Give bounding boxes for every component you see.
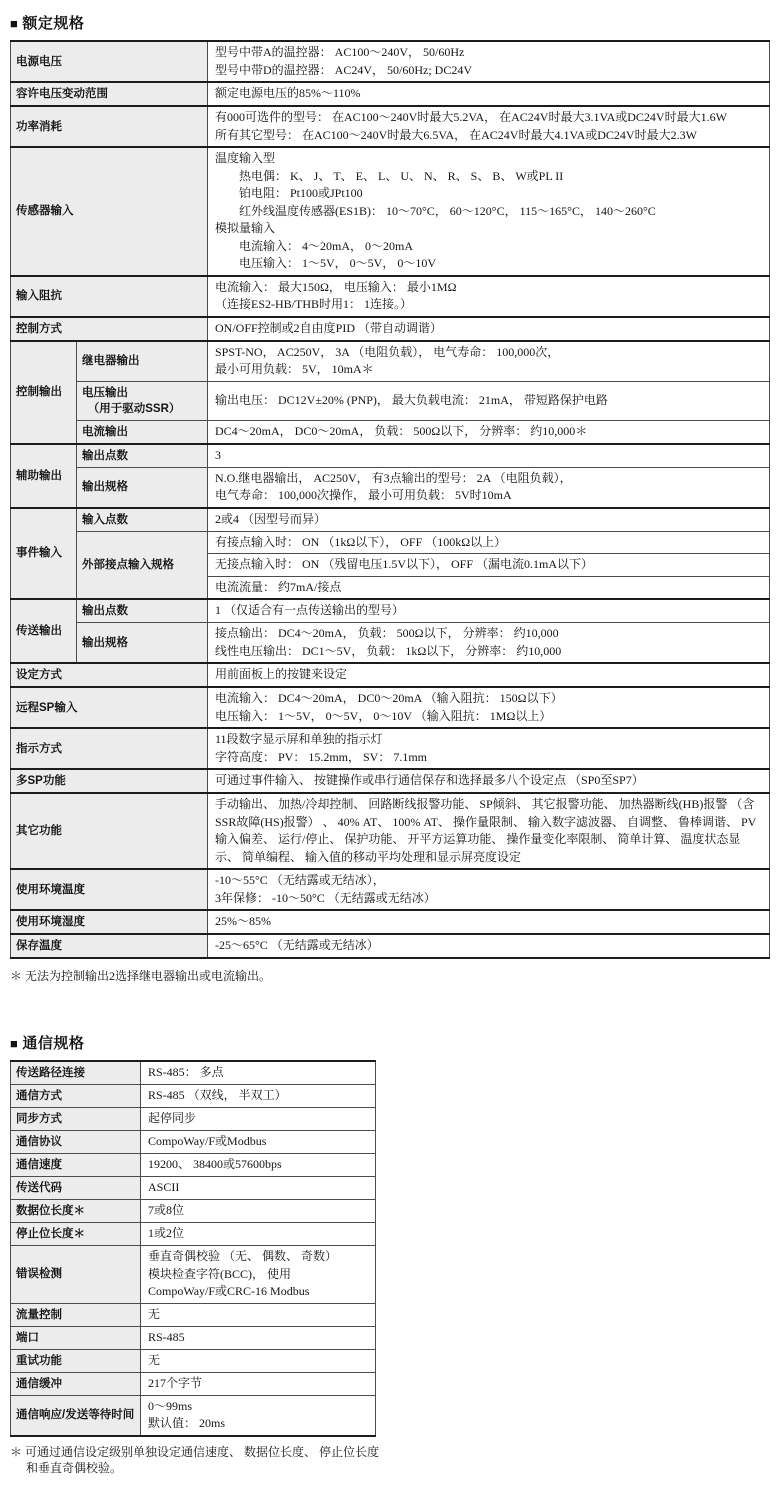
row-value: 电流输入： 最大150Ω， 电压输入： 最小1MΩ （连接ES2-HB/THB时… — [208, 276, 770, 317]
row-value: 用前面板上的按键来设定 — [208, 663, 770, 687]
row-label: 功率消耗 — [11, 106, 208, 147]
row-value: 无接点输入时： ON （残留电压1.5V以下）， OFF （漏电流0.1mA以下… — [208, 554, 770, 577]
row-value: CompoWay/F或Modbus — [141, 1131, 376, 1154]
row-value: 垂直奇偶校验 （无、 偶数、 奇数） 模块检查字符(BCC)， 使用 Compo… — [141, 1246, 376, 1304]
sub-label: 电压输出 （用于驱动SSR） — [77, 381, 208, 420]
row-value: 起停同步 — [141, 1108, 376, 1131]
rated-section-title: ■额定规格 — [10, 12, 770, 33]
row-label: 停止位长度＊ — [11, 1223, 141, 1246]
row-value: 电流流量： 约7mA/接点 — [208, 576, 770, 599]
row-control-method: 控制方式 ON/OFF控制或2自由度PID （带自动调谐） — [11, 317, 770, 341]
row-value: 电流输入： DC4～20mA， DC0～20mA （输入阻抗： 150Ω以下） … — [208, 687, 770, 728]
sub-label: 输出点数 — [77, 444, 208, 468]
comm-row: 停止位长度＊ 1或2位 — [11, 1223, 376, 1246]
row-label: 远程SP输入 — [11, 687, 208, 728]
sub-label: 输出规格 — [77, 467, 208, 508]
sub-label: 输入点数 — [77, 508, 208, 532]
row-value: 11段数字显示屏和单独的指示灯 字符高度： PV： 15.2mm， SV： 7.… — [208, 728, 770, 769]
row-value: 1 （仅适合有一点传送输出的型号） — [208, 599, 770, 623]
comm-spec-section: ■通信规格 传送路径连接 RS-485： 多点 通信方式 RS-485 （双线，… — [10, 1032, 770, 1476]
comm-row: 数据位长度＊ 7或8位 — [11, 1200, 376, 1223]
group-label-control-output: 控制输出 — [11, 341, 77, 444]
row-label: 多SP功能 — [11, 769, 208, 793]
row-power-consumption: 功率消耗 有000可选件的型号： 在AC100～240V时最大5.2VA， 在A… — [11, 106, 770, 147]
row-value: -25～65°C （无结露或无结冰） — [208, 934, 770, 958]
group-label-event-input: 事件输入 — [11, 508, 77, 600]
row-ambient-temp: 使用环境温度 -10～55°C （无结露或无结冰）， 3年保修： -10～50°… — [11, 869, 770, 910]
comm-row: 重试功能 无 — [11, 1349, 376, 1372]
row-label: 同步方式 — [11, 1108, 141, 1131]
row-value: SPST-NO， AC250V， 3A （电阻负载）， 电气寿命： 100,00… — [208, 341, 770, 382]
row-value: 7或8位 — [141, 1200, 376, 1223]
row-control-output-current: 电流输出 DC4～20mA， DC0～20mA， 负载： 500Ω以下， 分辨率… — [11, 420, 770, 444]
row-label: 使用环境湿度 — [11, 910, 208, 934]
comm-section-title: ■通信规格 — [10, 1032, 770, 1053]
row-label: 数据位长度＊ — [11, 1200, 141, 1223]
comm-row: 通信方式 RS-485 （双线， 半双工） — [11, 1085, 376, 1108]
comm-row: 错误检测 垂直奇偶校验 （无、 偶数、 奇数） 模块检查字符(BCC)， 使用 … — [11, 1246, 376, 1304]
row-label: 通信协议 — [11, 1131, 141, 1154]
row-value: ON/OFF控制或2自由度PID （带自动调谐） — [208, 317, 770, 341]
row-label: 通信速度 — [11, 1154, 141, 1177]
row-value: 1或2位 — [141, 1223, 376, 1246]
row-value: RS-485 （双线， 半双工） — [141, 1085, 376, 1108]
rated-footnote: ＊ 无法为控制输出2选择继电器输出或电流输出。 — [10, 968, 770, 984]
row-remote-sp-input: 远程SP输入 电流输入： DC4～20mA， DC0～20mA （输入阻抗： 1… — [11, 687, 770, 728]
row-value: 无 — [141, 1349, 376, 1372]
row-label: 其它功能 — [11, 793, 208, 869]
row-label: 控制方式 — [11, 317, 208, 341]
row-value: 手动输出、 加热/冷却控制、 回路断线报警功能、 SP倾斜、 其它报警功能、 加… — [208, 793, 770, 869]
section-bullet-icon: ■ — [10, 1036, 18, 1051]
sub-label: 输出规格 — [77, 623, 208, 664]
row-value: 217个字节 — [141, 1372, 376, 1395]
row-label: 通信方式 — [11, 1085, 141, 1108]
comm-section-title-text: 通信规格 — [22, 1035, 84, 1052]
row-label: 重试功能 — [11, 1349, 141, 1372]
row-value: 有接点输入时： ON （1kΩ以下）， OFF （100kΩ以上） — [208, 531, 770, 554]
row-label: 保存温度 — [11, 934, 208, 958]
comm-row: 通信缓冲 217个字节 — [11, 1372, 376, 1395]
row-value: 有000可选件的型号： 在AC100～240V时最大5.2VA， 在AC24V时… — [208, 106, 770, 147]
section-bullet-icon: ■ — [10, 16, 18, 31]
row-value: 无 — [141, 1303, 376, 1326]
sub-label: 电流输出 — [77, 420, 208, 444]
row-label: 电源电压 — [11, 41, 208, 82]
row-value: 25%～85% — [208, 910, 770, 934]
row-value: N.O.继电器输出， AC250V， 有3点输出的型号： 2A （电阻负载）， … — [208, 467, 770, 508]
sub-label: 输出点数 — [77, 599, 208, 623]
row-value: 0～99ms 默认值： 20ms — [141, 1395, 376, 1436]
row-multi-sp: 多SP功能 可通过事件输入、 按键操作或串行通信保存和选择最多八个设定点 （SP… — [11, 769, 770, 793]
row-label: 设定方式 — [11, 663, 208, 687]
comm-spec-table: 传送路径连接 RS-485： 多点 通信方式 RS-485 （双线， 半双工） … — [10, 1060, 376, 1437]
row-label: 错误检测 — [11, 1246, 141, 1304]
row-sensor-input: 传感器输入 温度输入型 热电偶： K、 J、 T、 E、 L、 U、 N、 R、… — [11, 147, 770, 276]
row-value: 19200、 38400或57600bps — [141, 1154, 376, 1177]
row-other-functions: 其它功能 手动输出、 加热/冷却控制、 回路断线报警功能、 SP倾斜、 其它报警… — [11, 793, 770, 869]
row-value: 可通过事件输入、 按键操作或串行通信保存和选择最多八个设定点 （SP0至SP7） — [208, 769, 770, 793]
row-label: 通信响应/发送等待时间 — [11, 1395, 141, 1436]
comm-row: 通信协议 CompoWay/F或Modbus — [11, 1131, 376, 1154]
row-value: -10～55°C （无结露或无结冰）， 3年保修： -10～50°C （无结露或… — [208, 869, 770, 910]
row-event-input-contact-on: 外部接点输入规格 有接点输入时： ON （1kΩ以下）， OFF （100kΩ以… — [11, 531, 770, 554]
row-label: 容许电压变动范围 — [11, 82, 208, 106]
row-label: 传送代码 — [11, 1177, 141, 1200]
group-label-transfer-output: 传送输出 — [11, 599, 77, 663]
row-aux-output-spec: 输出规格 N.O.继电器输出， AC250V， 有3点输出的型号： 2A （电阻… — [11, 467, 770, 508]
rated-spec-section: ■额定规格 电源电压 型号中带A的温控器： AC100～240V， 50/60H… — [10, 12, 770, 984]
row-value: 温度输入型 热电偶： K、 J、 T、 E、 L、 U、 N、 R、 S、 B、… — [208, 147, 770, 276]
rated-section-title-text: 额定规格 — [22, 15, 84, 32]
row-label: 流量控制 — [11, 1303, 141, 1326]
row-aux-output-points: 辅助输出 输出点数 3 — [11, 444, 770, 468]
row-ambient-humidity: 使用环境湿度 25%～85% — [11, 910, 770, 934]
row-value: 额定电源电压的85%～110% — [208, 82, 770, 106]
row-storage-temp: 保存温度 -25～65°C （无结露或无结冰） — [11, 934, 770, 958]
comm-row: 传送代码 ASCII — [11, 1177, 376, 1200]
row-value: ASCII — [141, 1177, 376, 1200]
comm-row: 端口 RS-485 — [11, 1326, 376, 1349]
row-control-output-voltage: 电压输出 （用于驱动SSR） 输出电压： DC12V±20% (PNP)， 最大… — [11, 381, 770, 420]
comm-footnote: ＊ 可通过通信设定级别单独设定通信速度、 数据位长度、 停止位长度和垂直奇偶校验… — [10, 1444, 382, 1476]
row-value: 输出电压： DC12V±20% (PNP)， 最大负载电流： 21mA， 带短路… — [208, 381, 770, 420]
row-control-output-relay: 控制输出 继电器输出 SPST-NO， AC250V， 3A （电阻负载）， 电… — [11, 341, 770, 382]
sub-label-ext-contact: 外部接点输入规格 — [77, 531, 208, 599]
row-value: 3 — [208, 444, 770, 468]
row-event-input-points: 事件输入 输入点数 2或4 （因型号而异） — [11, 508, 770, 532]
row-label: 传感器输入 — [11, 147, 208, 276]
comm-row: 流量控制 无 — [11, 1303, 376, 1326]
row-label: 指示方式 — [11, 728, 208, 769]
row-value: RS-485： 多点 — [141, 1061, 376, 1085]
row-transfer-output-spec: 输出规格 接点输出： DC4～20mA， 负载： 500Ω以下， 分辨率： 约1… — [11, 623, 770, 664]
row-label: 输入阻抗 — [11, 276, 208, 317]
row-value: DC4～20mA， DC0～20mA， 负载： 500Ω以下， 分辨率： 约10… — [208, 420, 770, 444]
sub-label: 继电器输出 — [77, 341, 208, 382]
comm-row: 同步方式 起停同步 — [11, 1108, 376, 1131]
row-value: RS-485 — [141, 1326, 376, 1349]
row-value: 接点输出： DC4～20mA， 负载： 500Ω以下， 分辨率： 约10,000… — [208, 623, 770, 664]
row-voltage-range: 容许电压变动范围 额定电源电压的85%～110% — [11, 82, 770, 106]
rated-spec-table: 电源电压 型号中带A的温控器： AC100～240V， 50/60Hz 型号中带… — [10, 40, 770, 959]
row-power-voltage: 电源电压 型号中带A的温控器： AC100～240V， 50/60Hz 型号中带… — [11, 41, 770, 82]
row-setting-method: 设定方式 用前面板上的按键来设定 — [11, 663, 770, 687]
comm-row: 通信响应/发送等待时间 0～99ms 默认值： 20ms — [11, 1395, 376, 1436]
row-input-impedance: 输入阻抗 电流输入： 最大150Ω， 电压输入： 最小1MΩ （连接ES2-HB… — [11, 276, 770, 317]
row-label: 传送路径连接 — [11, 1061, 141, 1085]
row-value: 2或4 （因型号而异） — [208, 508, 770, 532]
row-label: 端口 — [11, 1326, 141, 1349]
row-transfer-output-points: 传送输出 输出点数 1 （仅适合有一点传送输出的型号） — [11, 599, 770, 623]
comm-row: 传送路径连接 RS-485： 多点 — [11, 1061, 376, 1085]
row-indication-method: 指示方式 11段数字显示屏和单独的指示灯 字符高度： PV： 15.2mm， S… — [11, 728, 770, 769]
comm-row: 通信速度 19200、 38400或57600bps — [11, 1154, 376, 1177]
row-value: 型号中带A的温控器： AC100～240V， 50/60Hz 型号中带D的温控器… — [208, 41, 770, 82]
row-label: 使用环境温度 — [11, 869, 208, 910]
row-label: 通信缓冲 — [11, 1372, 141, 1395]
group-label-aux-output: 辅助输出 — [11, 444, 77, 508]
